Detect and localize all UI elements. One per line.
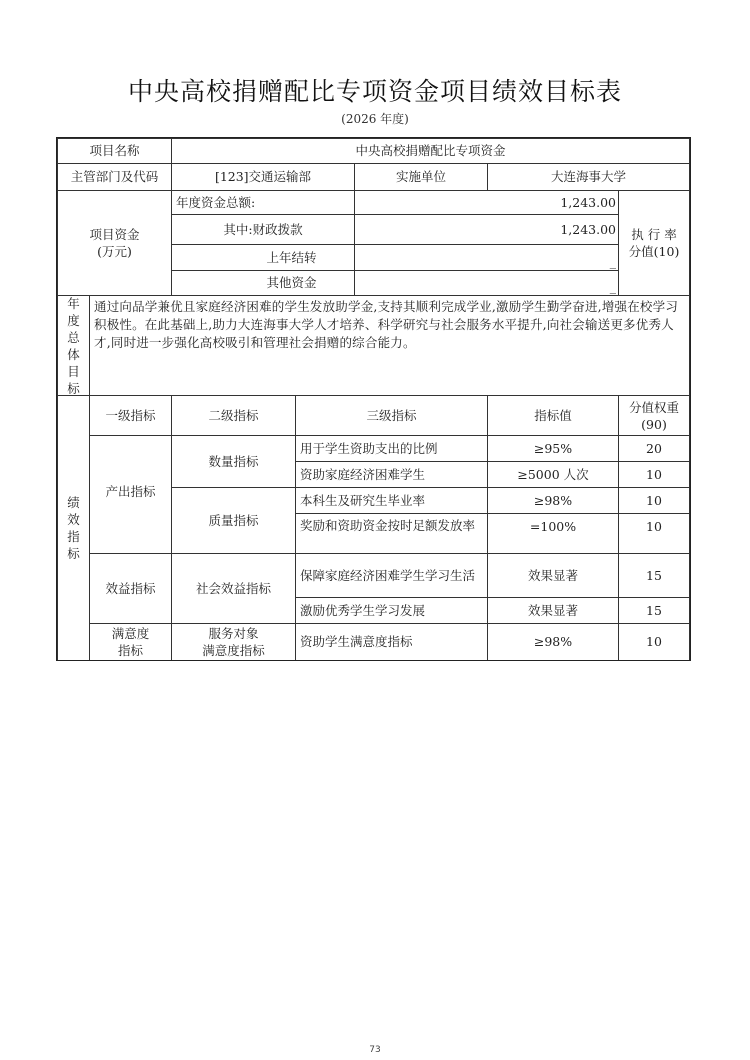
indicator-row-value: 效果显著 (487, 553, 619, 598)
fund-row-label: 上年结转 (171, 244, 355, 271)
fund-row-value: 1,243.00 (354, 190, 619, 215)
indicator-row-value: ≥98% (487, 623, 619, 661)
indicator-row-name: 用于学生资助支出的比例 (295, 435, 488, 462)
indicator-row-weight: 10 (618, 487, 690, 514)
impl-unit-label: 实施单位 (354, 163, 488, 191)
header-level3: 三级指标 (295, 395, 488, 436)
level2-quality: 质量指标 (171, 487, 296, 554)
level2-service-satisfaction: 服务对象 满意度指标 (171, 623, 296, 661)
annual-goal-text: 通过向品学兼优且家庭经济困难的学生发放助学金,支持其顺利完成学业,激励学生勤学奋… (89, 295, 690, 396)
level2-social-benefit: 社会效益指标 (171, 553, 296, 624)
indicator-row-name: 奖励和资助资金按时足额发放率 (295, 513, 488, 554)
annual-goal-label: 年 度 总 体 目 标 (57, 295, 90, 396)
indicator-row-value: ≥95% (487, 435, 619, 462)
funds-label: 项目资金 (万元) (57, 190, 172, 296)
indicator-row-name: 本科生及研究生毕业率 (295, 487, 488, 514)
indicator-row-value: ≥5000 人次 (487, 461, 619, 488)
indicator-row-weight: 10 (618, 623, 690, 661)
indicator-row-value: ≥98% (487, 487, 619, 514)
fund-row-value: _ (354, 270, 619, 296)
indicator-row-value: 效果显著 (487, 597, 619, 624)
level1-output: 产出指标 (89, 435, 172, 554)
indicator-row-weight: 10 (618, 513, 690, 554)
fund-row-label: 年度资金总额: (171, 190, 355, 215)
fund-row-label: 其中:财政拨款 (171, 214, 355, 245)
indicator-row-weight: 15 (618, 597, 690, 624)
indicator-row-weight: 15 (618, 553, 690, 598)
project-name-value: 中央高校捐赠配比专项资金 (171, 138, 690, 164)
page-title: 中央高校捐赠配比专项资金项目绩效目标表 (0, 72, 750, 108)
header-weight: 分值权重 (90) (618, 395, 690, 436)
fund-row-value: 1,243.00 (354, 214, 619, 245)
indicators-section-label: 绩 效 指 标 (57, 395, 90, 661)
fund-row-label: 其他资金 (171, 270, 355, 296)
header-value: 指标值 (487, 395, 619, 436)
indicator-row-name: 资助学生满意度指标 (295, 623, 488, 661)
indicator-row-name: 资助家庭经济困难学生 (295, 461, 488, 488)
indicator-row-weight: 10 (618, 461, 690, 488)
impl-unit-value: 大连海事大学 (487, 163, 690, 191)
indicator-row-weight: 20 (618, 435, 690, 462)
dept-value: [123]交通运输部 (171, 163, 355, 191)
indicator-row-name: 保障家庭经济困难学生学习生活 (295, 553, 488, 598)
level1-satisfaction: 满意度 指标 (89, 623, 172, 661)
header-level2: 二级指标 (171, 395, 296, 436)
fund-row-value: _ (354, 244, 619, 271)
exec-rate-score: 执 行 率 分值(10) (618, 190, 690, 296)
indicator-row-value: =100% (487, 513, 619, 554)
header-level1: 一级指标 (89, 395, 172, 436)
level1-benefit: 效益指标 (89, 553, 172, 624)
page-number: 73 (0, 1045, 750, 1055)
level2-quantity: 数量指标 (171, 435, 296, 488)
page-subtitle-year: (2026 年度) (0, 110, 750, 127)
dept-label: 主管部门及代码 (57, 163, 172, 191)
indicator-row-name: 激励优秀学生学习发展 (295, 597, 488, 624)
project-name-label: 项目名称 (57, 138, 172, 164)
